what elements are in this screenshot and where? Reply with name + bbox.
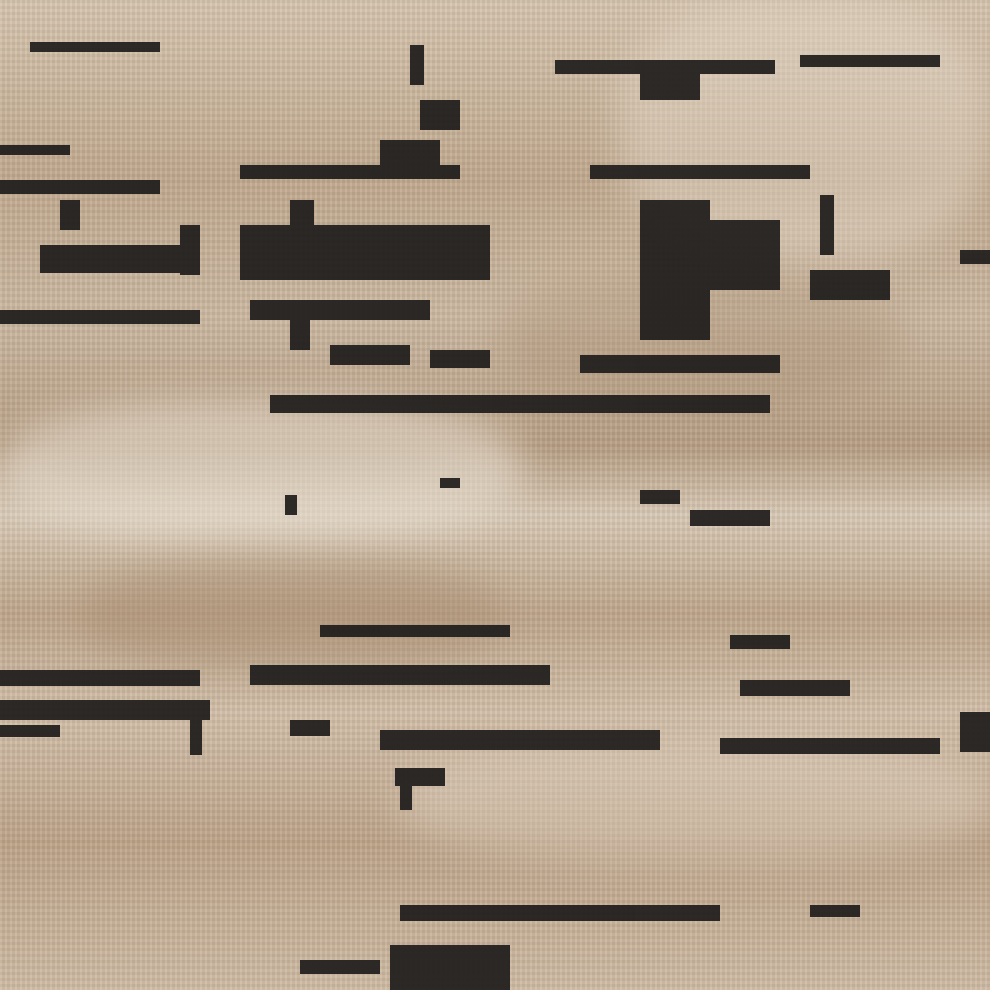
carpet-texture-photo: [0, 0, 990, 990]
dark-woven-marks: [0, 0, 990, 990]
